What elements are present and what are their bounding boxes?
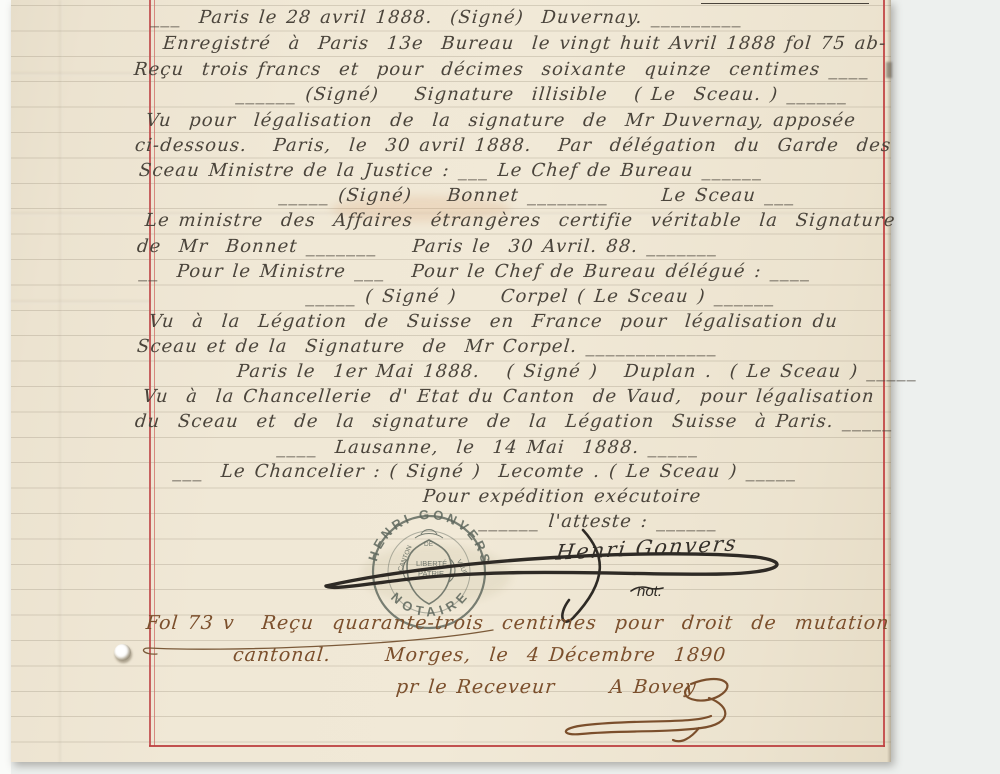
clipped-top-rule xyxy=(701,3,869,4)
fol-pen-stroke xyxy=(131,624,501,666)
manuscript-line: de Mr Bonnet _______ Paris le 30 Avril. … xyxy=(136,236,719,257)
manuscript-line: _____ (Signé) Bonnet ________ Le Sceau _… xyxy=(278,185,796,206)
fold-crease-horizontal xyxy=(11,300,151,304)
manuscript-line: Sceau Ministre de la Justice : ___ Le Ch… xyxy=(138,160,764,181)
receveur-signature-flourish xyxy=(541,672,761,747)
manuscript-line: Reçu trois francs et pour décimes soixan… xyxy=(133,59,870,80)
manuscript-line: ______ (Signé) Signature illisible ( Le … xyxy=(235,84,849,105)
scanner-background xyxy=(0,0,11,774)
notary-title-abbrev: not. xyxy=(637,583,662,600)
manuscript-line: Vu pour légalisation de la signature de … xyxy=(145,110,857,131)
manuscript-line: Sceau et de la Signature de Mr Corpel. _… xyxy=(136,336,718,357)
manuscript-line: __ Pour le Ministre ___ Pour le Chef de … xyxy=(138,261,812,282)
manuscript-line: ___ Le Chancelier : ( Signé ) Lecomte . … xyxy=(172,461,798,482)
paper-edge-notch xyxy=(886,62,892,78)
manuscript-line: Vu à la Légation de Suisse en France pou… xyxy=(148,311,839,332)
paper-hole xyxy=(114,644,131,661)
manuscript-line: ___ Paris le 28 avril 1888. (Signé) Duve… xyxy=(150,7,743,28)
manuscript-line: Vu à la Chancellerie d' Etat du Canton d… xyxy=(142,386,876,407)
manuscript-line: Pour expédition exécutoire xyxy=(422,486,702,507)
manuscript-line: Enregistré à Paris 13e Bureau le vingt h… xyxy=(162,33,887,54)
fold-crease-vertical xyxy=(59,0,63,762)
bottom-border-red xyxy=(149,745,885,747)
manuscript-line: ci-dessous. Paris, le 30 avril 1888. Par… xyxy=(134,135,892,156)
manuscript-line: Le ministre des Affaires étrangères cert… xyxy=(144,210,896,231)
scanned-document: · ·· ··· ·· ·· ···· · ·· ···· ·· ·· ····… xyxy=(0,0,1000,774)
document-page: · ·· ··· ·· ·· ···· · ·· ···· ·· ·· ····… xyxy=(11,0,891,762)
signature-flourish: not. xyxy=(311,528,811,623)
manuscript-line: _____ ( Signé ) Corpel ( Le Sceau ) ____… xyxy=(305,286,776,307)
manuscript-line: du Sceau et de la signature de la Légati… xyxy=(134,411,894,432)
manuscript-line: Paris le 1er Mai 1888. ( Signé ) Duplan … xyxy=(236,361,918,382)
manuscript-line: ____ Lausanne, le 14 Mai 1888. _____ xyxy=(276,437,700,458)
